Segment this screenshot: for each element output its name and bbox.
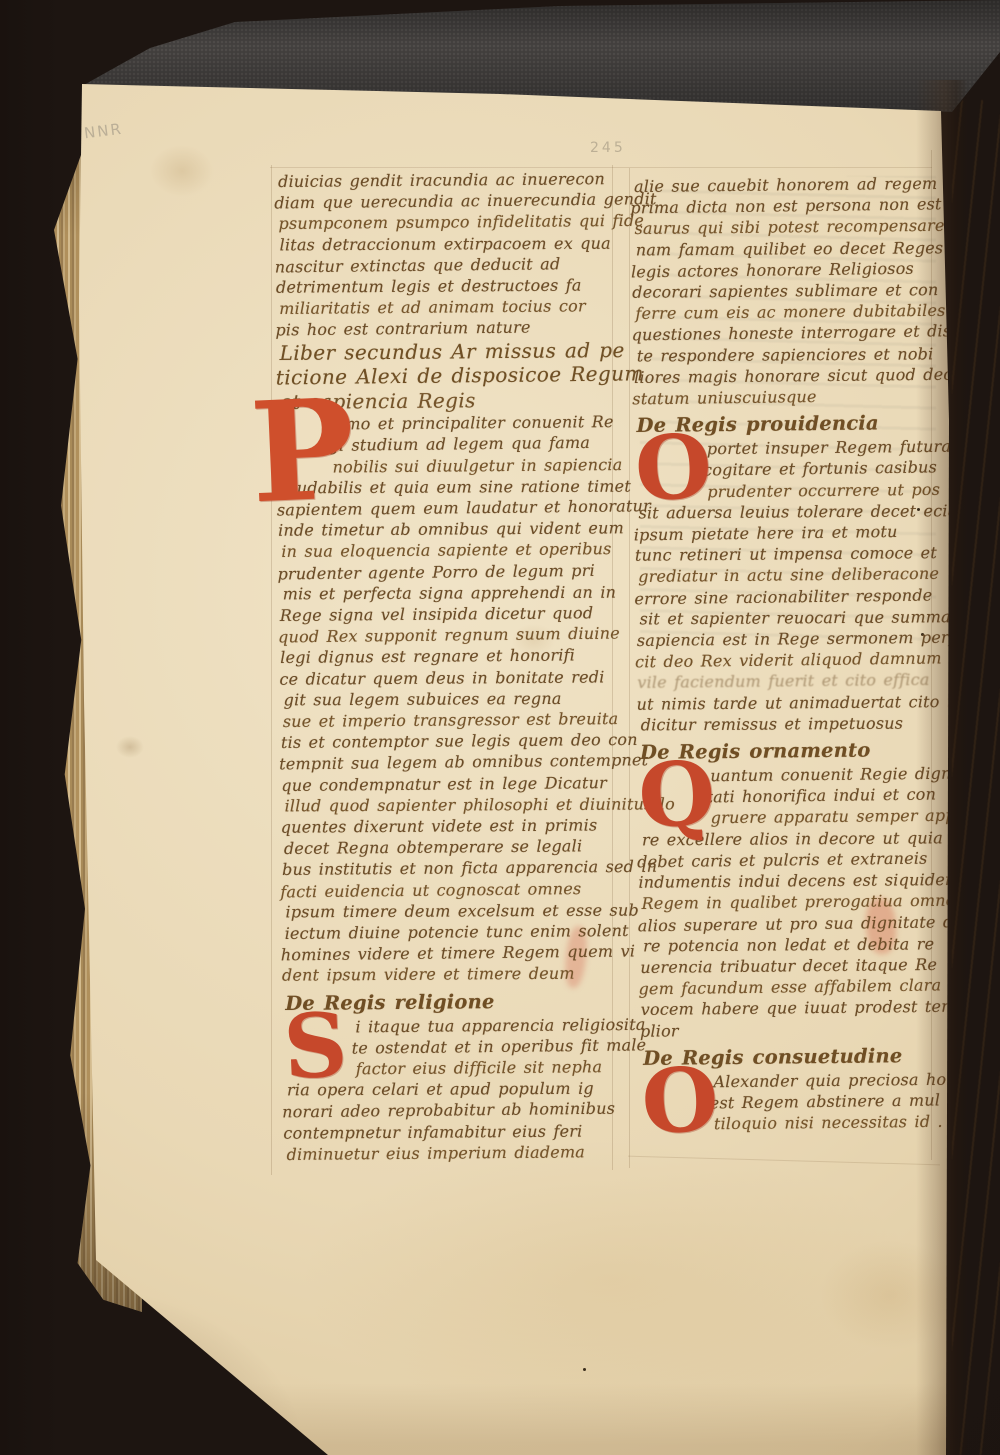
manuscript-line: statum uniuscuiusque — [632, 384, 938, 409]
manuscript-line: tunc retineri ut impensa comoce et — [635, 542, 941, 566]
manuscript-line: facti euidencia ut cognoscat omnes — [280, 877, 616, 902]
manuscript-line: prudenter agente Porro de legum pri — [277, 559, 613, 584]
manuscript-line: ce dicatur quem deus in bonitate redi — [279, 666, 615, 690]
manuscript-line: mis et perfecta signa apprehendi an in — [283, 581, 619, 604]
pencil-inscription: NNR — [83, 120, 124, 143]
manuscript-line: vocem habere que iuuat prodest tempore — [641, 996, 947, 1020]
text-segment: S i itaque tua apparencia religiosita te… — [283, 1014, 620, 1165]
text-segment: diuicias gendit iracundia ac inuerecon d… — [276, 168, 613, 341]
manuscript-line: psumpconem psumpco infidelitatis qui fid… — [278, 210, 614, 234]
illuminated-initial: O — [634, 438, 699, 499]
manuscript-line: Regem in qualibet prerogatiua omnes — [642, 890, 948, 914]
text-lines: alie sue cauebit honorem ad regem prima … — [632, 173, 940, 409]
manuscript-line: in sua eloquencia sapiente et operibus — [281, 538, 617, 562]
text-lines: diuicias gendit iracundia ac inuerecon d… — [276, 168, 613, 341]
manuscript-line: vile faciendum fuerit et cito effica — [637, 669, 943, 693]
manuscript-line: errore sine racionabiliter responde — [634, 584, 940, 609]
manuscript-line: nam famam quilibet eo decet Reges — [636, 237, 942, 260]
manuscript-line: que condempnatur est in lege Dicatur — [281, 772, 617, 796]
manuscript-line: diminuetur eius imperium diadema — [286, 1141, 622, 1165]
ink-speck — [583, 1368, 586, 1371]
manuscript-line: litas detraccionum extirpacoem ex qua — [280, 232, 616, 255]
text-segment: O Alexander quia preciosa honorifica est… — [641, 1068, 948, 1135]
text-segment: Q uantum conuenit Regie digni tati honor… — [638, 763, 947, 1042]
ruling-line — [271, 165, 272, 1175]
manuscript-line: nascitur extinctas que deducit ad — [275, 252, 611, 277]
right-text-column: alie sue cauebit honorem ad regem prima … — [632, 173, 948, 1135]
manuscript-line: git sua legem subuices ea regna — [284, 687, 620, 710]
illuminated-initial: S — [282, 1015, 346, 1076]
manuscript-line: ut nimis tarde ut animaduertat cito ne — [636, 691, 942, 715]
manuscript-line: gem facundum esse affabilem clara — [638, 974, 944, 999]
parchment-stain — [150, 145, 214, 197]
folio-number: 245 — [590, 140, 626, 156]
illuminated-initial: O — [640, 1070, 705, 1131]
manuscript-page: 245 NNR diuicias gendit iracundia ac inu… — [0, 0, 1000, 1455]
gutter-shadow — [916, 80, 968, 1455]
manuscript-line: quod Rex supponit regnum suum diuine — [278, 623, 614, 648]
manuscript-line: quentes dixerunt videte est in primis — [281, 814, 617, 838]
manuscript-line: re potencia non ledat et debita re — [643, 933, 949, 956]
manuscript-line: alios superare ut pro sua dignitate deco — [638, 911, 944, 936]
text-segment: alie sue cauebit honorem ad regem prima … — [632, 173, 940, 409]
manuscript-line: legi dignus est regnare et honorifi — [280, 644, 616, 668]
manuscript-line: Liber secundus Ar missus ad pe — [279, 338, 615, 365]
manuscript-line: plior — [640, 1018, 946, 1042]
parchment-stain — [116, 736, 144, 758]
manuscript-line: saurus qui sibi potest recompensare bo — [634, 215, 940, 239]
illuminated-initial: P — [249, 413, 323, 474]
manuscript-line: ipsum timere deum excelsum et esse sub — [285, 899, 621, 922]
manuscript-line: illud quod sapienter philosophi et diuin… — [284, 793, 620, 816]
manuscript-line: detrimentum legis et destructoes fa — [276, 274, 612, 298]
left-text-column: diuicias gendit iracundia ac inuerecon d… — [276, 168, 621, 1165]
illuminated-initial: Q — [637, 764, 702, 825]
manuscript-line: bus institutis et non ficta apparencia s… — [282, 856, 618, 880]
manuscript-line: te respondere sapienciores et nobi — [637, 343, 943, 366]
manuscript-photograph: 245 NNR diuicias gendit iracundia ac inu… — [0, 0, 1000, 1455]
manuscript-line: sue et imperio transgressor est breuita — [283, 708, 619, 732]
manuscript-line: indumentis indui decens est siquidem — [638, 869, 944, 893]
text-segment: O portet insuper Regem futura cogitare e… — [635, 436, 944, 736]
manuscript-line: questiones honeste interrogare et discre — [632, 321, 938, 346]
manuscript-line: contempnetur infamabitur eius feri — [283, 1120, 619, 1144]
manuscript-line: norari adeo reprobabitur ab hominibus — [282, 1098, 618, 1123]
text-segment: P rimo et principaliter conuenit Re gi s… — [278, 411, 619, 986]
manuscript-line: dicitur remissus et impetuosus — [641, 712, 947, 735]
manuscript-line: tempnit sua legem ab omnibus contempnet — [279, 750, 615, 775]
manuscript-line: sit et sapienter reuocari que summa — [640, 606, 946, 629]
manuscript-line: decet Regna obtemperare se legali — [284, 835, 620, 859]
manuscript-line: decorari sapientes sublimare et con — [632, 279, 938, 303]
manuscript-line: dent ipsum videre et timere deum — [282, 963, 618, 987]
